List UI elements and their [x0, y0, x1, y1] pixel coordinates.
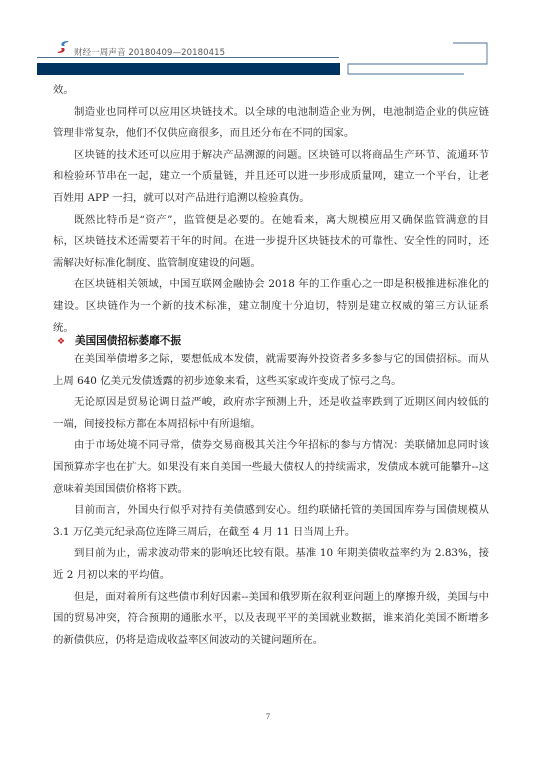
section-heading: ❖美国国债招标萎靡不振: [57, 333, 181, 348]
paragraph: 制造业也同样可以应用区块链技术。以全球的电池制造企业为例，电池制造企业的供应链管…: [53, 102, 489, 145]
page-number: 7: [266, 712, 270, 721]
paragraph: 效。: [53, 80, 489, 102]
paragraph: 目前而言，外国央行似乎对持有美债感到安心。纽约联储托管的美国国库券与国债规模从 …: [53, 500, 489, 543]
paragraph: 在区块链相关领域，中国互联网金融协会 2018 年的工作重心之一即是积极推进标准…: [53, 274, 489, 339]
paragraph: 区块链的技术还可以应用于解决产品溯源的问题。区块链可以将商品生产环节、流通环节和…: [53, 145, 489, 210]
paragraph: 在美国举债增多之际，要想低成本发债，就需要海外投资者多多参与它的国债招标。而从上…: [53, 349, 489, 392]
diamond-bullet-icon: ❖: [57, 337, 67, 347]
header-bracket-decoration: [0, 0, 543, 80]
paragraph: 既然比特币是“资产”，监管便是必要的。在她看来，离大规模应用又确保监管满意的目标…: [53, 210, 489, 275]
paragraph: 到目前为止，需求波动带来的影响还比较有限。基准 10 年期美债收益率约为 2.8…: [53, 543, 489, 586]
paragraph: 由于市场处境不同寻常，债券交易商极其关注今年招标的参与方情况：美联储加息同时该国…: [53, 435, 489, 500]
document-body: 效。 制造业也同样可以应用区块链技术。以全球的电池制造企业为例，电池制造企业的供…: [53, 80, 489, 339]
paragraph: 无论原因是贸易论调日益严峻，政府赤字预测上升，还是收益率跌到了近期区间内较低的一…: [53, 392, 489, 435]
document-body-section-2: 在美国举债增多之际，要想低成本发债，就需要海外投资者多多参与它的国债招标。而从上…: [53, 349, 489, 651]
paragraph: 但是，面对着所有这些债市利好因素--美国和俄罗斯在叙利亚问题上的摩擦升级，美国与…: [53, 587, 489, 652]
section-heading-text: 美国国债招标萎靡不振: [75, 335, 181, 347]
page-header: 财经一周声音 20180409—20180415: [0, 0, 543, 80]
